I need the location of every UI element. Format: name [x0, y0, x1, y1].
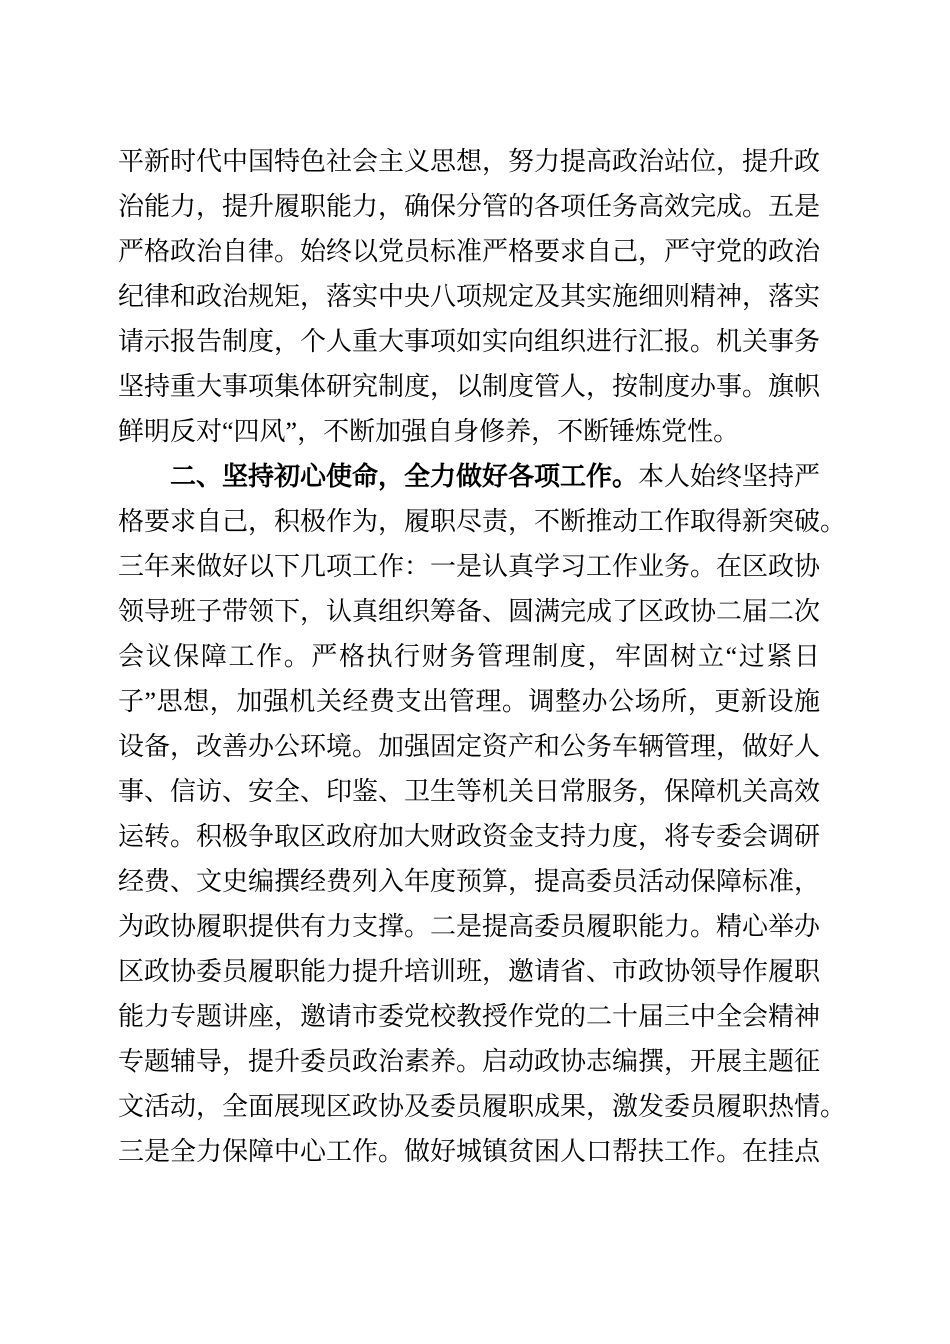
- body-text: 经费、文史编撰经费列入年度预算，提高委员活动保障标准，: [118, 867, 820, 896]
- text-line: 专题辅导，提升委员政治素养。启动政协志编撰，开展主题征: [118, 1039, 820, 1084]
- text-block: 平新时代中国特色社会主义思想，努力提高政治站位，提升政治能力，提升履职能力，确保…: [118, 139, 820, 1174]
- text-line: 坚持重大事项集体研究制度，以制度管人，按制度办事。旗帜: [118, 364, 820, 409]
- body-text: 文活动，全面展现区政协及委员履职成果，激发委员履职热情。: [118, 1092, 846, 1121]
- text-line: 二、坚持初心使命，全力做好各项工作。本人始终坚持严: [118, 454, 820, 499]
- body-text: 会议保障工作。严格执行财务管理制度，牢固树立“过紧日: [118, 642, 820, 671]
- text-line: 文活动，全面展现区政协及委员履职成果，激发委员履职热情。: [118, 1084, 820, 1129]
- text-line: 能力专题讲座，邀请市委党校教授作党的二十届三中全会精神: [118, 994, 820, 1039]
- body-text: 鲜明反对“四风”，不断加强自身修养，不断锤炼党性。: [118, 417, 739, 446]
- text-line: 严格政治自律。始终以党员标准严格要求自己，严守党的政治: [118, 229, 820, 274]
- text-line: 三年来做好以下几项工作：一是认真学习工作业务。在区政协: [118, 544, 820, 589]
- text-line: 事、信访、安全、印鉴、卫生等机关日常服务，保障机关高效: [118, 769, 820, 814]
- text-line: 治能力，提升履职能力，确保分管的各项任务高效完成。五是: [118, 184, 820, 229]
- text-line: 三是全力保障中心工作。做好城镇贫困人口帮扶工作。在挂点: [118, 1129, 820, 1174]
- body-text: 请示报告制度，个人重大事项如实向组织进行汇报。机关事务: [118, 327, 820, 356]
- text-line: 设备，改善办公环境。加强固定资产和公务车辆管理，做好人: [118, 724, 820, 769]
- section-heading: 二、坚持初心使命，全力做好各项工作。: [170, 462, 638, 491]
- body-text: 设备，改善办公环境。加强固定资产和公务车辆管理，做好人: [118, 732, 820, 761]
- body-text: 事、信访、安全、印鉴、卫生等机关日常服务，保障机关高效: [118, 777, 820, 806]
- document-page: 平新时代中国特色社会主义思想，努力提高政治站位，提升政治能力，提升履职能力，确保…: [0, 0, 950, 1344]
- body-text: 严格政治自律。始终以党员标准严格要求自己，严守党的政治: [118, 237, 820, 266]
- text-line: 格要求自己，积极作为，履职尽责，不断推动工作取得新突破。: [118, 499, 820, 544]
- body-text: 本人始终坚持严: [638, 462, 820, 491]
- text-line: 鲜明反对“四风”，不断加强自身修养，不断锤炼党性。: [118, 409, 820, 454]
- text-line: 平新时代中国特色社会主义思想，努力提高政治站位，提升政: [118, 139, 820, 184]
- text-line: 请示报告制度，个人重大事项如实向组织进行汇报。机关事务: [118, 319, 820, 364]
- text-line: 纪律和政治规矩，落实中央八项规定及其实施细则精神，落实: [118, 274, 820, 319]
- text-line: 运转。积极争取区政府加大财政资金支持力度，将专委会调研: [118, 814, 820, 859]
- text-line: 区政协委员履职能力提升培训班，邀请省、市政协领导作履职: [118, 949, 820, 994]
- text-line: 子”思想，加强机关经费支出管理。调整办公场所，更新设施: [118, 679, 820, 724]
- body-text: 平新时代中国特色社会主义思想，努力提高政治站位，提升政: [118, 147, 820, 176]
- text-line: 会议保障工作。严格执行财务管理制度，牢固树立“过紧日: [118, 634, 820, 679]
- text-line: 为政协履职提供有力支撑。二是提高委员履职能力。精心举办: [118, 904, 820, 949]
- text-line: 领导班子带领下，认真组织筹备、圆满完成了区政协二届二次: [118, 589, 820, 634]
- body-text: 子”思想，加强机关经费支出管理。调整办公场所，更新设施: [118, 687, 820, 716]
- body-text: 坚持重大事项集体研究制度，以制度管人，按制度办事。旗帜: [118, 372, 820, 401]
- body-text: 纪律和政治规矩，落实中央八项规定及其实施细则精神，落实: [118, 282, 820, 311]
- text-line: 经费、文史编撰经费列入年度预算，提高委员活动保障标准，: [118, 859, 820, 904]
- body-text: 专题辅导，提升委员政治素养。启动政协志编撰，开展主题征: [118, 1047, 820, 1076]
- body-text: 能力专题讲座，邀请市委党校教授作党的二十届三中全会精神: [118, 1002, 820, 1031]
- body-text: 为政协履职提供有力支撑。二是提高委员履职能力。精心举办: [118, 912, 820, 941]
- body-text: 格要求自己，积极作为，履职尽责，不断推动工作取得新突破。: [118, 507, 846, 536]
- body-text: 三年来做好以下几项工作：一是认真学习工作业务。在区政协: [118, 552, 820, 581]
- body-text: 治能力，提升履职能力，确保分管的各项任务高效完成。五是: [118, 192, 820, 221]
- body-text: 领导班子带领下，认真组织筹备、圆满完成了区政协二届二次: [118, 597, 820, 626]
- body-text: 运转。积极争取区政府加大财政资金支持力度，将专委会调研: [118, 822, 820, 851]
- body-text: 区政协委员履职能力提升培训班，邀请省、市政协领导作履职: [118, 957, 820, 986]
- body-text: 三是全力保障中心工作。做好城镇贫困人口帮扶工作。在挂点: [118, 1137, 820, 1166]
